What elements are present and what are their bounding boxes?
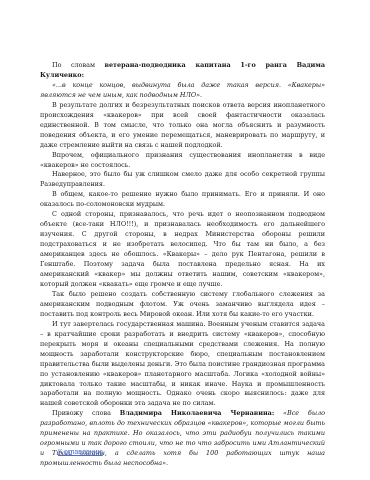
quote-chernavin: «Все было разработано, вплоть до техниче… bbox=[40, 409, 325, 467]
paragraph-quote-chernavin: Привожу слова Владимира Николаевича Черн… bbox=[40, 409, 325, 469]
article-body: По словам ветерана-подводника капитана 1… bbox=[40, 61, 325, 469]
paragraph-body: В результате долгих и безрезультатных по… bbox=[40, 101, 325, 151]
table-of-contents-link[interactable]: К оглавлению bbox=[58, 449, 103, 456]
paragraph-body: Так было решено создать собственную сист… bbox=[40, 290, 325, 320]
paragraph-body: И тут завертелась государственная машина… bbox=[40, 320, 325, 410]
paragraph-intro-kulichenko: По словам ветерана-подводника капитана 1… bbox=[40, 61, 325, 81]
paragraph-body: С одной стороны, признавалось, что речь … bbox=[40, 210, 325, 290]
intro-text: По словам bbox=[52, 61, 105, 69]
paragraph-quote-kulichenko: «...в конце концов, выдвинута была даже … bbox=[40, 81, 325, 101]
quote-kulichenko: «...в конце концов, выдвинута была даже … bbox=[40, 81, 325, 99]
speaker-name-chernavin: Владимира Николаевича Чернавина: bbox=[120, 409, 274, 417]
intro-text: Привожу слова bbox=[52, 409, 120, 417]
paragraph-body: Наверное, это было бы уж слишком смело д… bbox=[40, 170, 325, 190]
paragraph-body: Впрочем, официального признания существо… bbox=[40, 151, 325, 171]
paragraph-body: В общем, какое-то решение нужно было при… bbox=[40, 190, 325, 210]
